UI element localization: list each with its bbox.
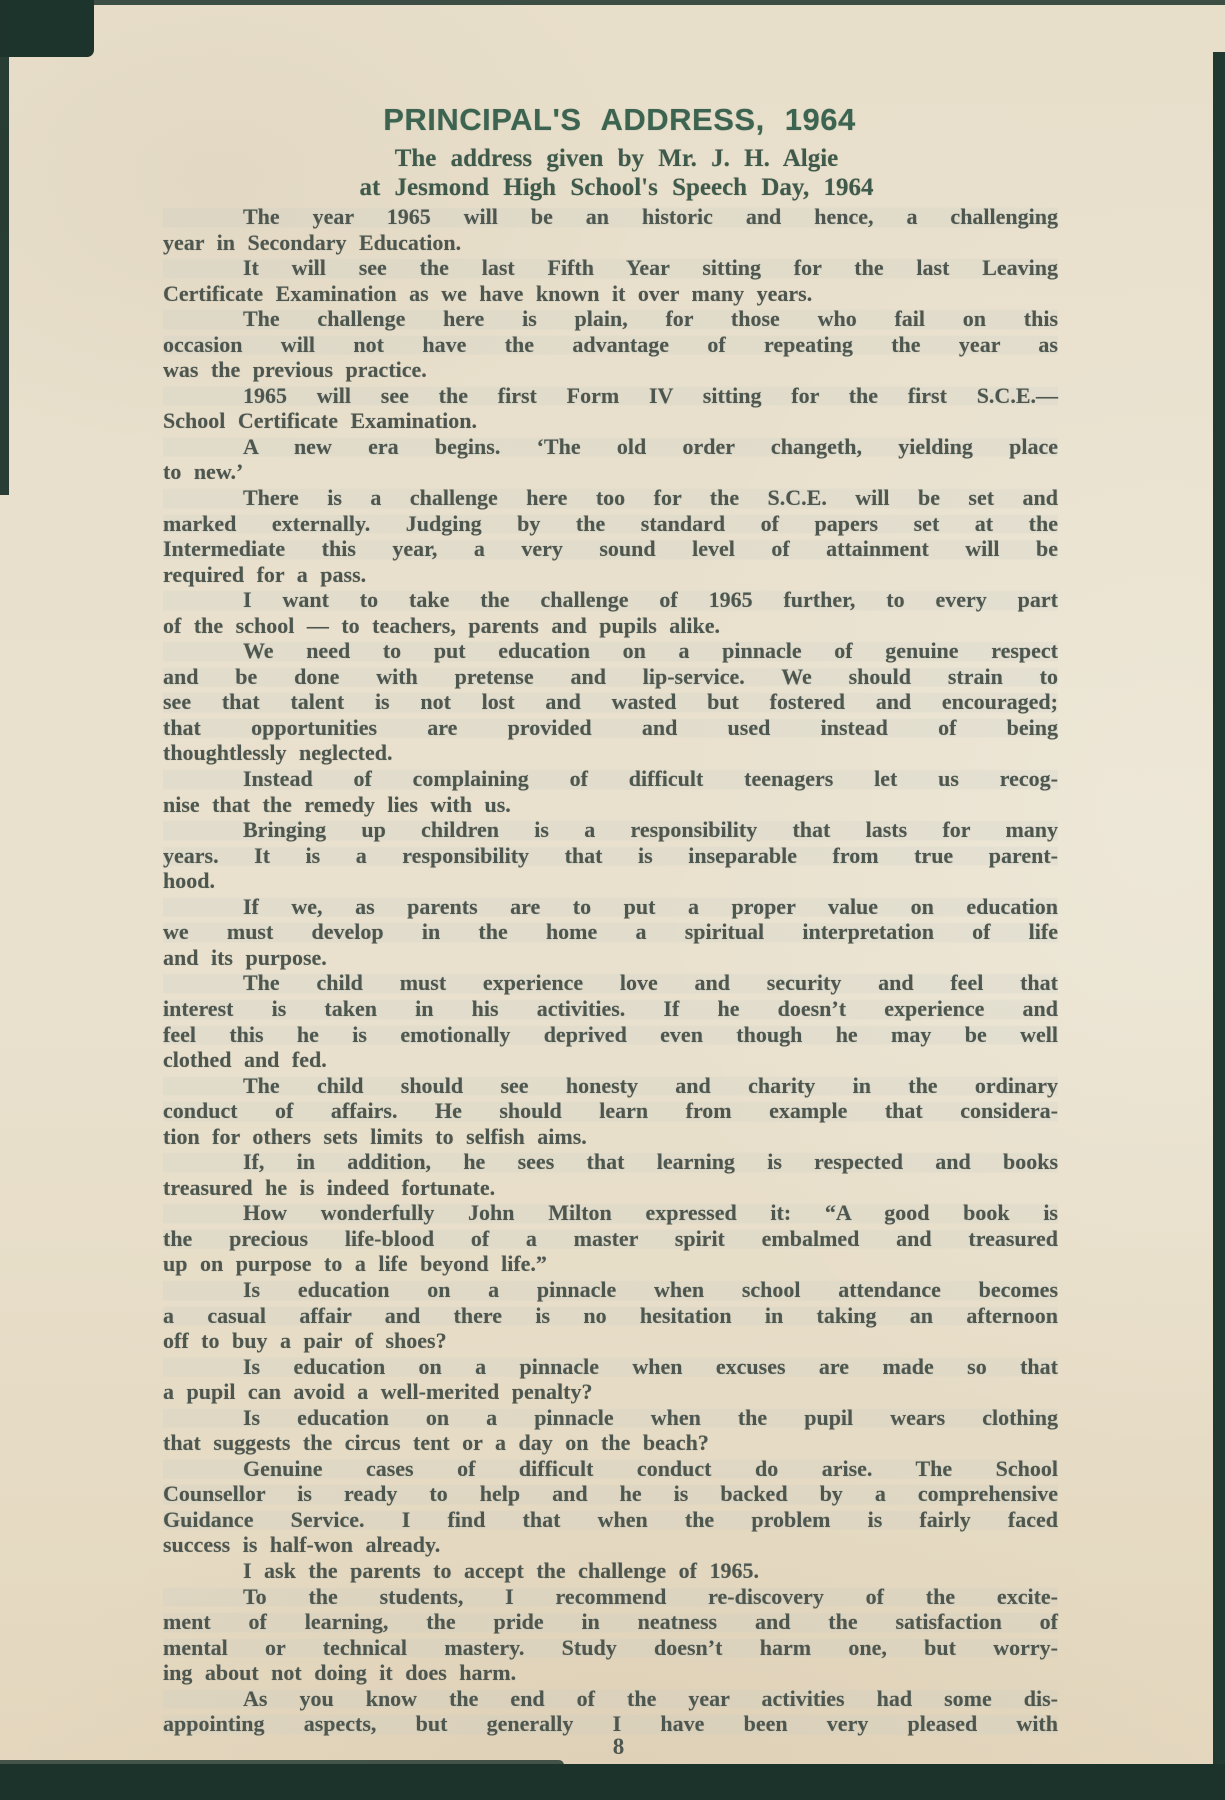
body-line: Intermediate this year, a very sound lev… — [163, 536, 1058, 562]
address-body: The year 1965 will be an historic and he… — [163, 204, 1058, 1737]
body-line: year in Secondary Education. — [163, 230, 1058, 256]
body-line: We need to put education on a pinnacle o… — [163, 638, 1058, 664]
body-line: To the students, I recommend re-discover… — [163, 1584, 1058, 1610]
body-line: How wonderfully John Milton expressed it… — [163, 1200, 1058, 1226]
body-line: interest is taken in his activities. If … — [163, 996, 1058, 1022]
scan-border-top — [90, 0, 1225, 5]
page-number: 8 — [6, 1734, 1225, 1760]
body-line: conduct of affairs. He should learn from… — [163, 1098, 1058, 1124]
body-line: and its purpose. — [163, 945, 1058, 971]
body-line: hood. — [163, 868, 1058, 894]
body-line: Genuine cases of difficult conduct do ar… — [163, 1456, 1058, 1482]
body-line: The year 1965 will be an historic and he… — [163, 204, 1058, 230]
body-line: marked externally. Judging by the standa… — [163, 511, 1058, 537]
body-line: If, in addition, he sees that learning i… — [163, 1149, 1058, 1175]
body-line: School Certificate Examination. — [163, 408, 1058, 434]
scan-border-top-left — [0, 0, 94, 57]
body-line: treasured he is indeed fortunate. — [163, 1175, 1058, 1201]
body-line: a pupil can avoid a well-merited penalty… — [163, 1379, 1058, 1405]
body-line: If we, as parents are to put a proper va… — [163, 894, 1058, 920]
body-line: Bringing up children is a responsibility… — [163, 817, 1058, 843]
body-line: mental or technical mastery. Study doesn… — [163, 1635, 1058, 1661]
body-line: of the school — to teachers, parents and… — [163, 613, 1058, 639]
body-line: feel this he is emotionally deprived eve… — [163, 1022, 1058, 1048]
body-line: The challenge here is plain, for those w… — [163, 306, 1058, 332]
body-line: was the previous practice. — [163, 357, 1058, 383]
body-line: a casual affair and there is no hesitati… — [163, 1303, 1058, 1329]
body-line: we must develop in the home a spiritual … — [163, 919, 1058, 945]
page-title: PRINCIPAL'S ADDRESS, 1964 — [7, 102, 1225, 138]
body-line: The child should see honesty and charity… — [163, 1073, 1058, 1099]
subtitle-speaker: The address given by Mr. J. H. Algie — [4, 145, 1225, 173]
body-line: appointing aspects, but generally I have… — [163, 1711, 1058, 1737]
body-line: see that talent is not lost and wasted b… — [163, 689, 1058, 715]
body-line: Certificate Examination as we have known… — [163, 281, 1058, 307]
body-line: It will see the last Fifth Year sitting … — [163, 255, 1058, 281]
body-line: nise that the remedy lies with us. — [163, 792, 1058, 818]
body-line: success is half-won already. — [163, 1532, 1058, 1558]
scanned-page: PRINCIPAL'S ADDRESS, 1964 The address gi… — [0, 0, 1225, 1800]
body-line: Instead of complaining of difficult teen… — [163, 766, 1058, 792]
body-line: 1965 will see the first Form IV sitting … — [163, 383, 1058, 409]
subtitle-occasion: at Jesmond High School's Speech Day, 196… — [4, 174, 1225, 202]
body-line: I want to take the challenge of 1965 fur… — [163, 587, 1058, 613]
body-line: Is education on a pinnacle when school a… — [163, 1277, 1058, 1303]
body-line: that suggests the circus tent or a day o… — [163, 1430, 1058, 1456]
body-line: Guidance Service. I find that when the p… — [163, 1507, 1058, 1533]
body-line: occasion will not have the advantage of … — [163, 332, 1058, 358]
scan-border-right — [1213, 52, 1225, 1800]
body-line: Counsellor is ready to help and he is ba… — [163, 1481, 1058, 1507]
body-line: thoughtlessly neglected. — [163, 740, 1058, 766]
body-line: that opportunities are provided and used… — [163, 715, 1058, 741]
body-line: Is education on a pinnacle when the pupi… — [163, 1405, 1058, 1431]
body-line: the precious life-blood of a master spir… — [163, 1226, 1058, 1252]
scan-border-left — [0, 0, 9, 495]
scan-border-bottom — [0, 1764, 1225, 1800]
body-line: up on purpose to a life beyond life.” — [163, 1251, 1058, 1277]
body-line: required for a pass. — [163, 562, 1058, 588]
body-line: and be done with pretense and lip-servic… — [163, 664, 1058, 690]
body-line: A new era begins. ‘The old order changet… — [163, 434, 1058, 460]
body-line: years. It is a responsibility that is in… — [163, 843, 1058, 869]
body-line: There is a challenge here too for the S.… — [163, 485, 1058, 511]
body-line: ment of learning, the pride in neatness … — [163, 1609, 1058, 1635]
body-line: Is education on a pinnacle when excuses … — [163, 1354, 1058, 1380]
body-line: The child must experience love and secur… — [163, 970, 1058, 996]
body-line: clothed and fed. — [163, 1047, 1058, 1073]
body-line: ing about not doing it does harm. — [163, 1660, 1058, 1686]
body-line: I ask the parents to accept the challeng… — [163, 1558, 1058, 1584]
body-line: to new.’ — [163, 459, 1058, 485]
body-line: As you know the end of the year activiti… — [163, 1686, 1058, 1712]
body-line: off to buy a pair of shoes? — [163, 1328, 1058, 1354]
body-line: tion for others sets limits to selfish a… — [163, 1124, 1058, 1150]
